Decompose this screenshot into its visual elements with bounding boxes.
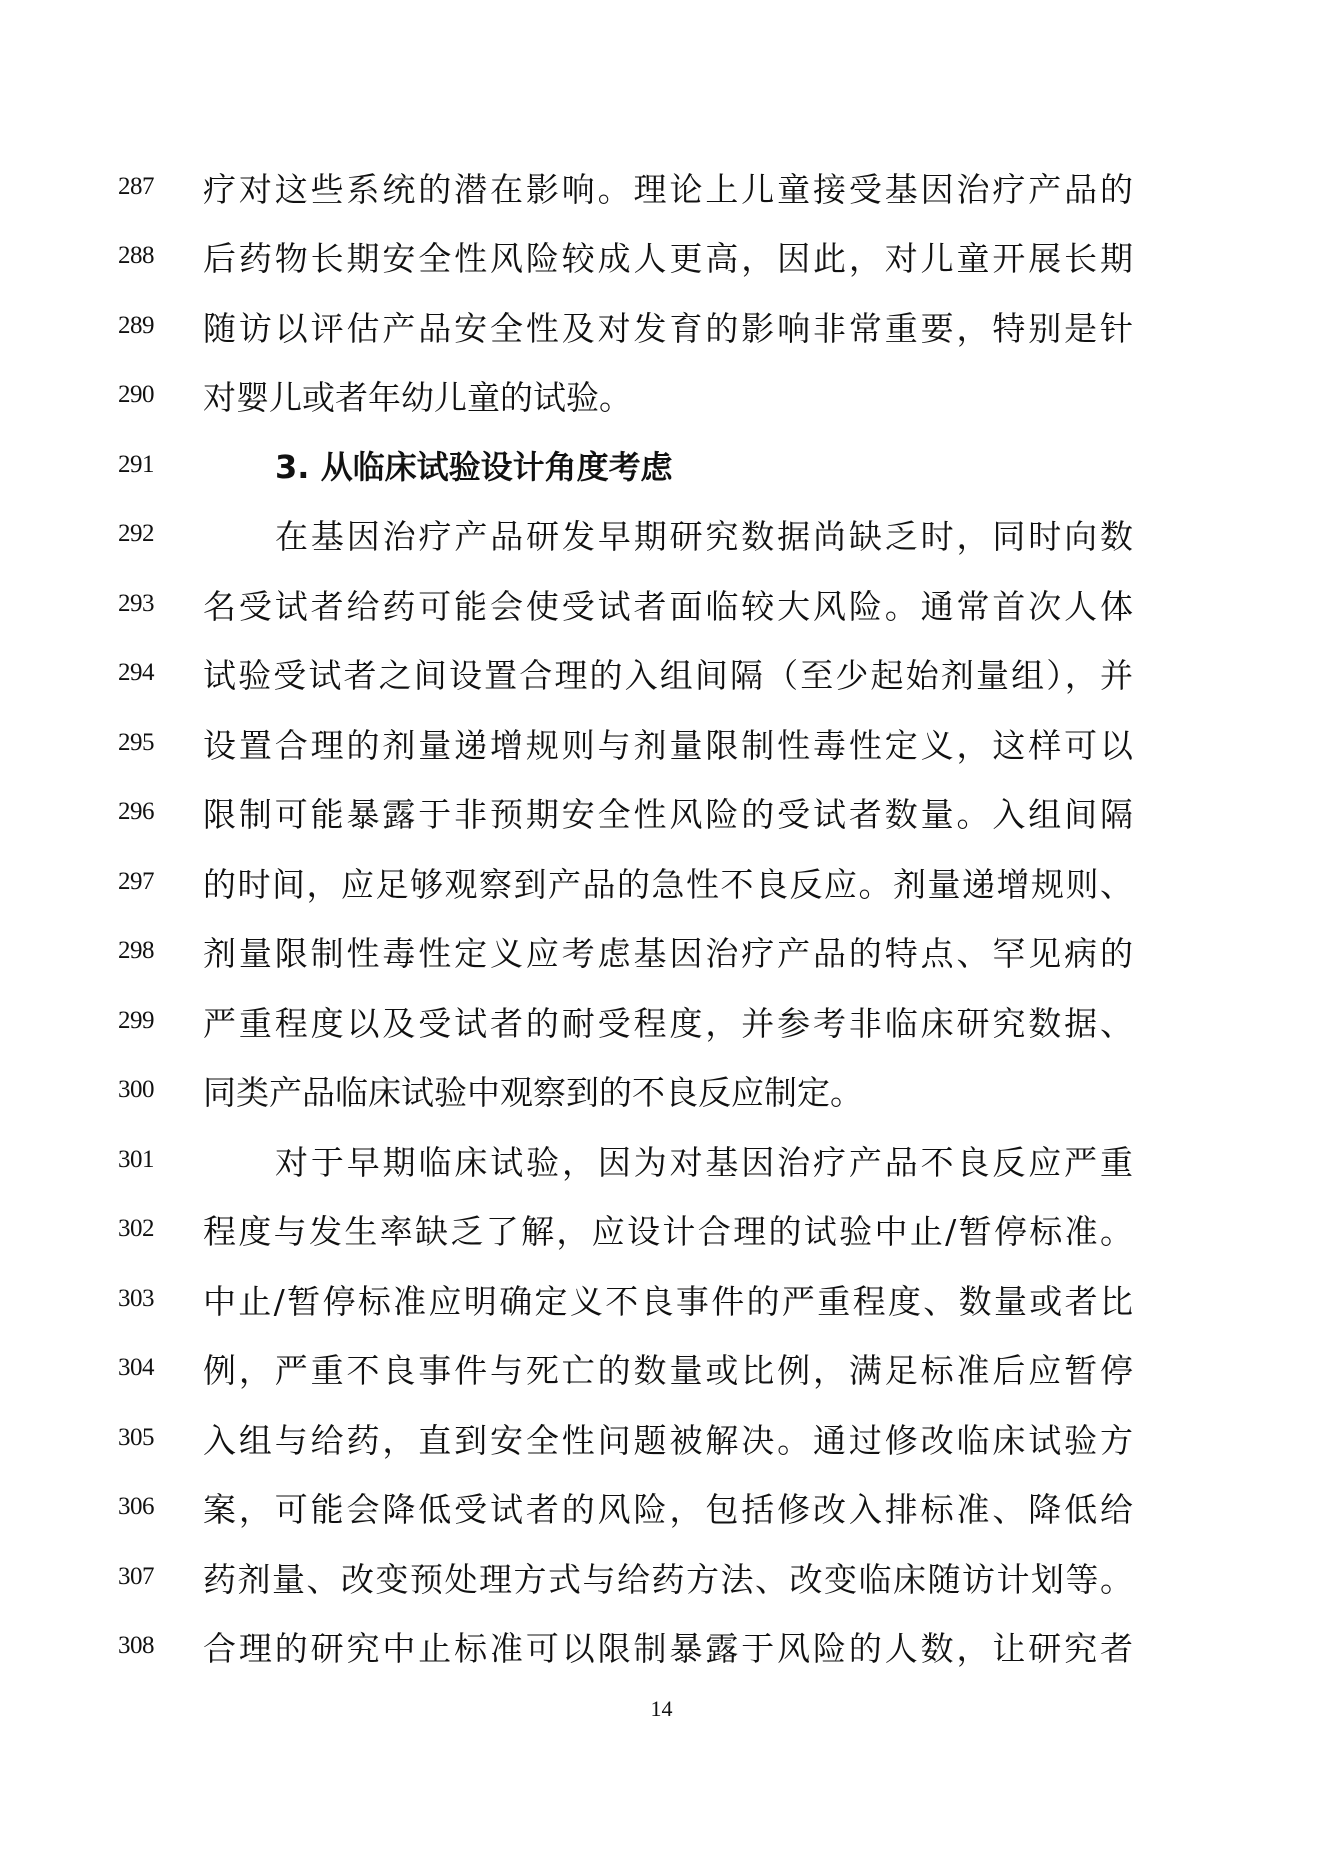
line-number: 297: [118, 868, 168, 896]
line-number: 307: [118, 1563, 168, 1591]
body-text: 后药物长期安全性风险较成人更高，因此，对儿童开展长期: [203, 233, 1133, 280]
line-number: 294: [118, 659, 168, 687]
line-number: 291: [118, 451, 168, 479]
body-text: 限制可能暴露于非预期安全性风险的受试者数量。入组间隔: [203, 789, 1133, 836]
text-line: 304 例，严重不良事件与死亡的数量或比例，满足标准后应暂停: [0, 1333, 1323, 1403]
body-text: 的时间，应足够观察到产品的急性不良反应。剂量递增规则、: [203, 859, 1133, 906]
page-number: 14: [0, 1696, 1323, 1722]
body-text: 剂量限制性毒性定义应考虑基因治疗产品的特点、罕见病的: [203, 928, 1133, 975]
text-line: 287 疗对这些系统的潜在影响。理论上儿童接受基因治疗产品的: [0, 152, 1323, 222]
line-number: 299: [118, 1007, 168, 1035]
line-number: 298: [118, 937, 168, 965]
body-text: 对婴儿或者年幼儿童的试验。: [203, 372, 1133, 419]
text-line: 295 设置合理的剂量递增规则与剂量限制性毒性定义，这样可以: [0, 708, 1323, 778]
line-number: 300: [118, 1076, 168, 1104]
body-text: 名受试者给药可能会使受试者面临较大风险。通常首次人体: [203, 581, 1133, 628]
text-line: 299 严重程度以及受试者的耐受程度，并参考非临床研究数据、: [0, 986, 1323, 1056]
body-text: 药剂量、改变预处理方式与给药方法、改变临床随访计划等。: [203, 1554, 1133, 1601]
line-number: 296: [118, 798, 168, 826]
text-line: 294 试验受试者之间设置合理的入组间隔（至少起始剂量组），并: [0, 638, 1323, 708]
text-line: 293 名受试者给药可能会使受试者面临较大风险。通常首次人体: [0, 569, 1323, 639]
section-heading: 3. 从临床试验设计角度考虑: [275, 442, 1075, 488]
text-line: 308 合理的研究中止标准可以限制暴露于风险的人数，让研究者: [0, 1611, 1323, 1681]
body-text: 例，严重不良事件与死亡的数量或比例，满足标准后应暂停: [203, 1345, 1133, 1392]
text-line: 307 药剂量、改变预处理方式与给药方法、改变临床随访计划等。: [0, 1542, 1323, 1612]
line-number: 293: [118, 590, 168, 618]
line-number: 306: [118, 1493, 168, 1521]
document-page: 287 疗对这些系统的潜在影响。理论上儿童接受基因治疗产品的 288 后药物长期…: [0, 0, 1323, 1871]
line-number: 287: [118, 173, 168, 201]
text-line: 302 程度与发生率缺乏了解，应设计合理的试验中止/暂停标准。: [0, 1194, 1323, 1264]
line-number: 295: [118, 729, 168, 757]
body-text: 严重程度以及受试者的耐受程度，并参考非临床研究数据、: [203, 998, 1133, 1045]
body-text: 合理的研究中止标准可以限制暴露于风险的人数，让研究者: [203, 1623, 1133, 1670]
text-line: 301 对于早期临床试验，因为对基因治疗产品不良反应严重: [0, 1125, 1323, 1195]
text-line: 292 在基因治疗产品研发早期研究数据尚缺乏时，同时向数: [0, 499, 1323, 569]
text-line: 298 剂量限制性毒性定义应考虑基因治疗产品的特点、罕见病的: [0, 916, 1323, 986]
body-text: 案，可能会降低受试者的风险，包括修改入排标准、降低给: [203, 1484, 1133, 1531]
text-line: 289 随访以评估产品安全性及对发育的影响非常重要，特别是针: [0, 291, 1323, 361]
body-text: 入组与给药，直到安全性问题被解决。通过修改临床试验方: [203, 1415, 1133, 1462]
body-text: 对于早期临床试验，因为对基因治疗产品不良反应严重: [275, 1137, 1133, 1184]
line-number: 290: [118, 381, 168, 409]
body-text: 疗对这些系统的潜在影响。理论上儿童接受基因治疗产品的: [203, 164, 1133, 211]
line-number: 303: [118, 1285, 168, 1313]
text-line: 303 中止/暂停标准应明确定义不良事件的严重程度、数量或者比: [0, 1264, 1323, 1334]
line-number: 289: [118, 312, 168, 340]
text-line: 297 的时间，应足够观察到产品的急性不良反应。剂量递增规则、: [0, 847, 1323, 917]
body-text: 程度与发生率缺乏了解，应设计合理的试验中止/暂停标准。: [203, 1206, 1133, 1253]
body-text: 随访以评估产品安全性及对发育的影响非常重要，特别是针: [203, 303, 1133, 350]
line-number: 305: [118, 1424, 168, 1452]
body-text: 在基因治疗产品研发早期研究数据尚缺乏时，同时向数: [275, 511, 1133, 558]
line-number: 292: [118, 520, 168, 548]
line-number: 288: [118, 242, 168, 270]
text-line: 300 同类产品临床试验中观察到的不良反应制定。: [0, 1055, 1323, 1125]
text-line: 305 入组与给药，直到安全性问题被解决。通过修改临床试验方: [0, 1403, 1323, 1473]
body-text: 试验受试者之间设置合理的入组间隔（至少起始剂量组），并: [203, 650, 1133, 697]
text-line: 306 案，可能会降低受试者的风险，包括修改入排标准、降低给: [0, 1472, 1323, 1542]
text-line: 290 对婴儿或者年幼儿童的试验。: [0, 360, 1323, 430]
body-text: 设置合理的剂量递增规则与剂量限制性毒性定义，这样可以: [203, 720, 1133, 767]
line-number: 308: [118, 1632, 168, 1660]
text-line: 296 限制可能暴露于非预期安全性风险的受试者数量。入组间隔: [0, 777, 1323, 847]
text-line: 288 后药物长期安全性风险较成人更高，因此，对儿童开展长期: [0, 221, 1323, 291]
line-number: 302: [118, 1215, 168, 1243]
text-line: 291 3. 从临床试验设计角度考虑: [0, 430, 1323, 500]
line-number: 304: [118, 1354, 168, 1382]
body-text: 中止/暂停标准应明确定义不良事件的严重程度、数量或者比: [203, 1276, 1133, 1323]
line-number: 301: [118, 1146, 168, 1174]
body-text: 同类产品临床试验中观察到的不良反应制定。: [203, 1067, 1133, 1114]
